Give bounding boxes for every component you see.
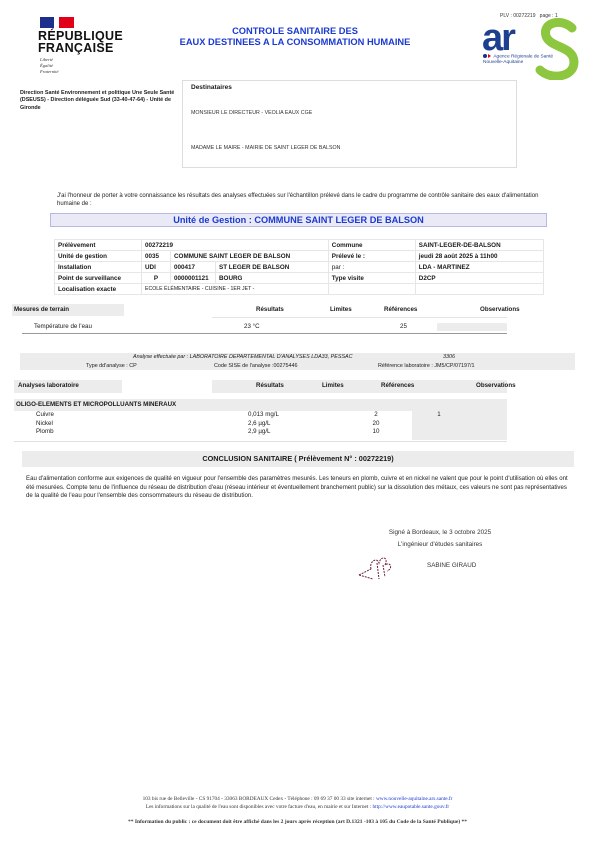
localisation-value: ECOLE ÉLÉMENTAIRE - CUISINE - 1ER JET - [142,284,329,295]
lab-observation-cell [412,411,507,440]
par-label: par : [328,262,415,273]
recipients-title: Destinataires [191,84,232,91]
empty-cell [328,284,415,295]
col-observations: Observations [476,381,516,391]
terrain-observation [437,323,507,331]
signature-block: Signé à Bordeaux, le 3 octobre 2025 L'in… [340,527,540,551]
handwritten-signature-icon [355,553,403,583]
unite-code: 0035 [142,251,171,262]
unite-name: COMMUNE SAINT LEGER DE BALSON [171,251,329,262]
prelevement-label: Prélèvement [55,240,142,251]
republic-line2: FRANÇAISE [38,42,123,54]
preleve-label: Prélevé le : [328,251,415,262]
installation-code: 000417 [171,262,216,273]
document-title: CONTROLE SANITAIRE DES EAUX DESTINEES A … [155,26,435,48]
terrain-result: 23 °C [244,322,260,332]
title-line2: EAUX DESTINEES A LA CONSOMMATION HUMAINE [155,37,435,48]
localisation-label: Localisation exacte [55,284,142,295]
lab-reference: Référence laboratoire : JM5/CP/07197/1 [378,361,475,371]
point-label: Point de surveillance [55,273,142,284]
installation-type: UDI [142,262,171,273]
col-limites: Limites [330,305,352,315]
ars-website-link[interactable]: www.nouvelle-aquitaine.ars.sante.fr [376,796,452,802]
signature-place-date: Signé à Bordeaux, le 3 octobre 2025 [340,527,540,539]
lab-result: 2,9 µg/L [248,427,271,436]
conclusion-text: Eau d'alimentation conforme aux exigence… [26,475,574,501]
col-limites: Limites [322,381,344,391]
table-row: Unité de gestion 0035 COMMUNE SAINT LEGE… [55,251,544,262]
footer-info: Les informations sur la qualité de l'eau… [40,804,555,810]
code-sise: Code SISE de l'analyse :00275446 [214,361,297,371]
col-references: Références [384,305,417,315]
lab-group-title: OLIGO-ELEMENTS ET MICROPOLLUANTS MINERAU… [16,400,176,410]
ars-line2: Nouvelle-Aquitaine [483,60,553,66]
terrain-reference: 25 [400,322,407,332]
col-observations: Observations [480,305,520,315]
eaupotable-link[interactable]: http://www.eaupotable.sante.gouv.fr [372,804,449,810]
ars-line1: Agence Régionale de Santé [493,54,553,59]
terrain-param-name: Température de l'eau [34,322,92,332]
recipient-item: MADAME LE MAIRE - MAIRIE DE SAINT LEGER … [191,145,340,151]
motto-fraternite: Fraternité [40,69,59,75]
unite-label: Unité de gestion [55,251,142,262]
lab-reference: 1 [429,410,449,419]
info-text: Les informations sur la qualité de l'eau… [146,804,373,810]
commune-value: SAINT-LEGER-DE-BALSON [415,240,543,251]
analyse-type: Type dd'analyse : CP [86,361,137,371]
signature-role: L'ingénieur d'études sanitaires [340,539,540,551]
lab-limit: 10 [366,427,386,436]
lab-param-name: Plomb [36,427,54,436]
prelevement-value: 00272219 [142,240,329,251]
visite-label: Type visite [328,273,415,284]
table-row: Localisation exacte ECOLE ÉLÉMENTAIRE - … [55,284,544,295]
lab-header: Analyses laboratoire [18,381,79,391]
installation-name: ST LEGER DE BALSON [216,262,329,273]
visite-value: D2CP [415,273,543,284]
conclusion-title: CONCLUSION SANITAIRE ( Prélèvement N° : … [22,451,574,467]
signatory-name: SABINE GIRAUD [427,562,476,569]
table-row: Prélèvement 00272219 Commune SAINT-LEGER… [55,240,544,251]
republique-francaise-logo: RÉPUBLIQUE FRANÇAISE [38,30,123,54]
public-notice: ** Information du public : ce document d… [40,819,555,825]
title-line1: CONTROLE SANITAIRE DES [155,26,435,37]
preleve-value: jeudi 28 août 2025 à 11h00 [415,251,543,262]
point-name: BOURG [216,273,329,284]
recipients-box: Destinataires MONSIEUR LE DIRECTEUR - VE… [182,80,517,168]
table-row: Installation UDI 000417 ST LEGER DE BALS… [55,262,544,273]
republic-motto: Liberté Égalité Fraternité [40,57,59,75]
point-code: 0000001121 [171,273,216,284]
par-value: LDA - MARTINEZ [415,262,543,273]
table-row: Point de surveillance P 0000001121 BOURG… [55,273,544,284]
svg-text:ar: ar [482,18,516,59]
recipient-item: MONSIEUR LE DIRECTEUR - VEOLIA EAUX CGE [191,110,312,116]
ars-agency-name: Agence Régionale de Santé Nouvelle-Aquit… [483,54,553,66]
installation-label: Installation [55,262,142,273]
intro-text: J'ai l'honneur de porter à votre connais… [57,192,547,208]
address-text: 103 bis rue de Belleville - CS 91704 - 3… [143,796,376,802]
footer-address: 103 bis rue de Belleville - CS 91704 - 3… [40,796,555,802]
col-resultats: Résultats [256,381,284,391]
unite-gestion-banner: Unité de Gestion : COMMUNE SAINT LEGER D… [50,213,547,227]
col-references: Références [381,381,414,391]
point-type: P [142,273,171,284]
terrain-header: Mesures de terrain [14,305,69,315]
sample-info-table: Prélèvement 00272219 Commune SAINT-LEGER… [54,239,544,295]
ars-logo-icon: ar [480,18,580,80]
republique-francaise-flag-icon [40,17,74,28]
commune-label: Commune [328,240,415,251]
col-resultats: Résultats [256,305,284,315]
issuing-direction: Direction Santé Environnement et politiq… [20,90,185,112]
empty-cell [415,284,543,295]
